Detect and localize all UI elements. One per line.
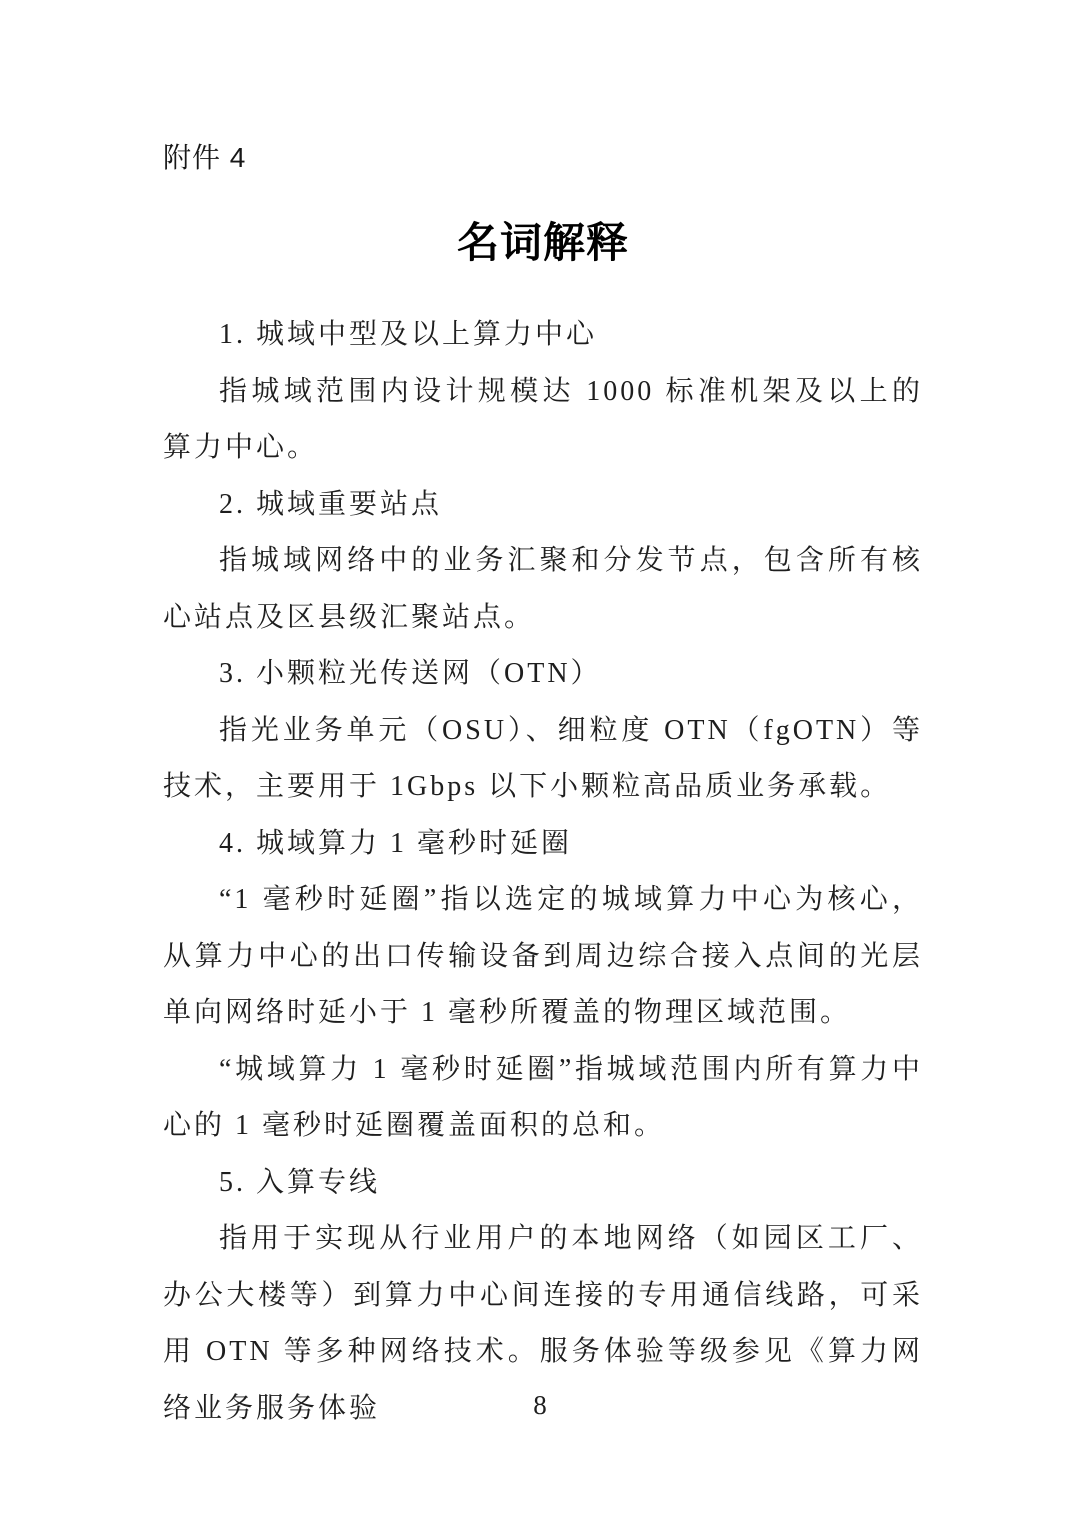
section-3-paragraph: 指光业务单元（OSU）、细粒度 OTN（fgOTN）等技术，主要用于 1Gbps… — [163, 703, 923, 816]
section-2-paragraph: 指城域网络中的业务汇聚和分发节点，包含所有核心站点及区县级汇聚站点。 — [163, 533, 923, 646]
attachment-label: 附件 4 — [163, 141, 923, 175]
section-4-paragraph-2: “城域算力 1 毫秒时延圈”指城域范围内所有算力中心的 1 毫秒时延圈覆盖面积的… — [163, 1042, 923, 1155]
section-2-heading: 2. 城域重要站点 — [163, 477, 923, 534]
document-body: 1. 城域中型及以上算力中心 指城域范围内设计规模达 1000 标准机架及以上的… — [163, 307, 923, 1437]
section-4-heading: 4. 城域算力 1 毫秒时延圈 — [163, 816, 923, 873]
section-3-heading: 3. 小颗粒光传送网（OTN） — [163, 646, 923, 703]
section-5-heading: 5. 入算专线 — [163, 1155, 923, 1212]
page-number: 8 — [0, 1390, 1080, 1421]
page-title: 名词解释 — [163, 221, 923, 267]
section-1-paragraph: 指城域范围内设计规模达 1000 标准机架及以上的算力中心。 — [163, 364, 923, 477]
section-1-heading: 1. 城域中型及以上算力中心 — [163, 307, 923, 364]
document-page: 附件 4 名词解释 1. 城域中型及以上算力中心 指城域范围内设计规模达 100… — [0, 0, 1080, 1527]
section-4-paragraph-1: “1 毫秒时延圈”指以选定的城域算力中心为核心，从算力中心的出口传输设备到周边综… — [163, 872, 923, 1042]
